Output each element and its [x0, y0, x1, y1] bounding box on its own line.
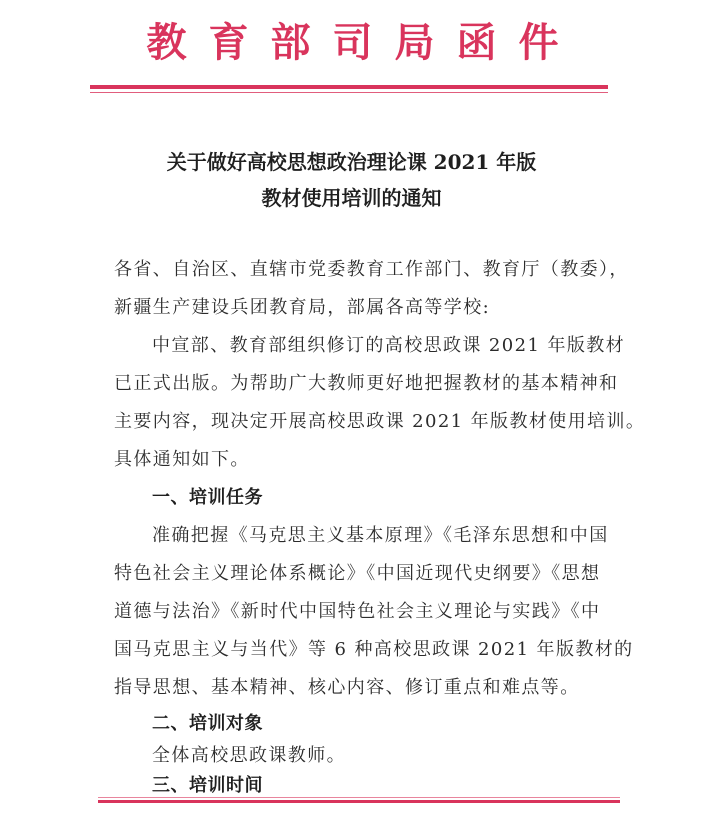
masthead-rule-thick [90, 85, 608, 89]
intro-line-2: 已正式出版。为帮助广大教师更好地把握教材的基本精神和 [114, 372, 618, 396]
addressees-line-1: 各省、自治区、直辖市党委教育工作部门、教育厅（教委）， [114, 258, 629, 282]
section-1-line-5: 指导思想、基本精神、核心内容、修订重点和难点等。 [114, 676, 580, 700]
section-heading-2: 二、培训对象 [152, 712, 263, 736]
section-1-line-2: 特色社会主义理论体系概论》《中国近现代史纲要》《思想 [114, 562, 600, 586]
footer-rule-thick [98, 800, 620, 803]
footer-rule-thin [98, 797, 620, 798]
section-2-line-1: 全体高校思政课教师。 [152, 744, 346, 768]
intro-line-3: 主要内容，现决定开展高校思政课 2021 年版教材使用培训。 [114, 410, 645, 434]
section-heading-3: 三、培训时间 [152, 774, 263, 798]
intro-line-1: 中宣部、教育部组织修订的高校思政课 2021 年版教材 [152, 334, 625, 358]
masthead-title: 教育部司局函件 [0, 18, 703, 68]
intro-line-4: 具体通知如下。 [114, 448, 250, 472]
document-title-line-1: 关于做好高校思想政治理论课 2021 年版 [0, 146, 703, 175]
section-1-line-3: 道德与法治》《新时代中国特色社会主义理论与实践》《中 [114, 600, 600, 624]
section-1-line-1: 准确把握《马克思主义基本原理》《毛泽东思想和中国 [152, 524, 609, 548]
section-heading-1: 一、培训任务 [152, 486, 263, 510]
document-title-line-2: 教材使用培训的通知 [0, 182, 703, 211]
section-1-line-4: 国马克思主义与当代》等 6 种高校思政课 2021 年版教材的 [114, 638, 634, 662]
masthead-rule-thin [90, 92, 608, 93]
addressees-line-2: 新疆生产建设兵团教育局，部属各高等学校: [114, 296, 490, 320]
